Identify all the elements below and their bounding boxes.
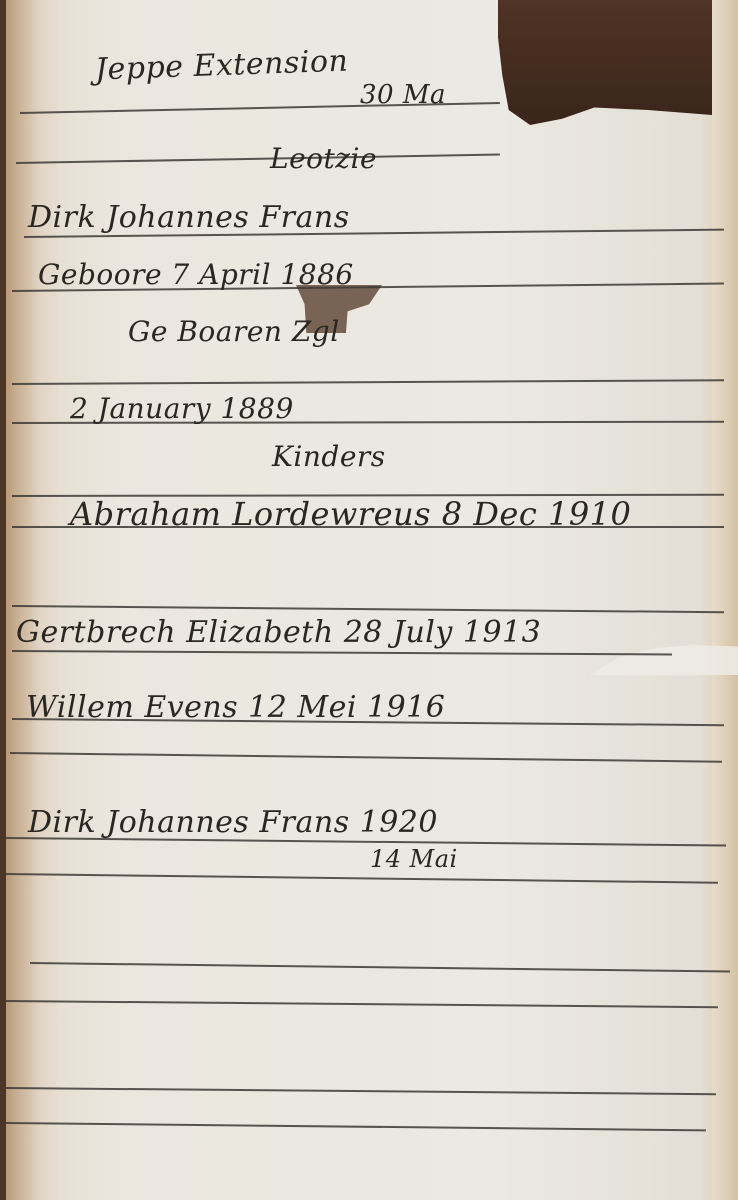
ruled-line	[12, 605, 724, 613]
child-entry-note: 14 Mai	[370, 845, 458, 873]
ruled-line	[12, 650, 672, 655]
header-title: Leotzie	[270, 142, 377, 175]
ruled-line	[30, 962, 730, 973]
father-birth: Geboore 7 April 1886	[38, 258, 354, 291]
ruled-line	[12, 379, 724, 385]
torn-edge	[590, 645, 738, 675]
ruled-line	[6, 1122, 706, 1131]
child-entry: Dirk Johannes Frans 1920	[28, 805, 438, 840]
header-location: Jeppe Extension	[94, 44, 348, 88]
child-entry: Willem Evens 12 Mei 1916	[26, 690, 445, 725]
register-page: Jeppe Extension 30 Ma Leotzie Dirk Johan…	[0, 0, 738, 1200]
adjacent-page-edge	[712, 0, 738, 1200]
ruled-line	[10, 752, 722, 763]
children-heading: Kinders	[272, 440, 386, 473]
marriage-date: 2 January 1889	[70, 392, 294, 425]
ruled-line	[6, 1087, 716, 1095]
ruled-line	[6, 1000, 718, 1008]
binding-edge	[0, 0, 6, 1200]
father-name: Dirk Johannes Frans	[28, 200, 350, 235]
ruled-line	[6, 873, 718, 884]
ruled-line	[16, 154, 500, 164]
child-entry: Abraham Lordewreus 8 Dec 1910	[70, 495, 631, 533]
age-stain	[0, 0, 60, 1200]
torn-corner	[498, 0, 712, 125]
marriage-line: Ge Boaren Zgl	[128, 315, 340, 348]
header-date: 30 Ma	[360, 80, 446, 110]
child-entry: Gertbrech Elizabeth 28 July 1913	[16, 615, 541, 650]
